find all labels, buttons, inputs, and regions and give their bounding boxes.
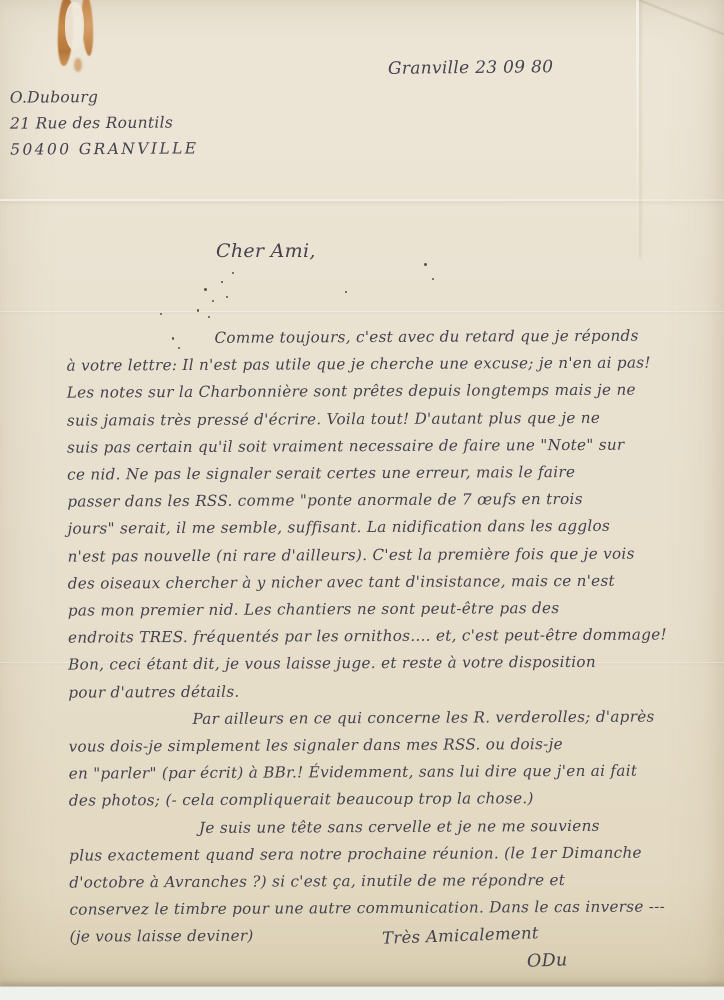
ink-spot: [212, 300, 214, 302]
body-line: pour d'autres détails.: [68, 676, 684, 706]
ink-spot: [226, 296, 228, 298]
body-line: des photos; (- cela compliquerait beauco…: [69, 785, 685, 815]
body-line: vous dois-je simplement les signaler dan…: [69, 730, 685, 760]
sender-address-block: O.Dubourg 21 Rue des Rountils 50400 GRAN…: [10, 83, 199, 162]
body-line: à votre lettre: Il n'est pas utile que j…: [67, 350, 683, 380]
body-line: pas mon premier nid. Les chantiers ne so…: [68, 594, 684, 624]
ink-spot: [204, 288, 207, 291]
ink-spot: [221, 281, 223, 283]
ink-spot: [424, 263, 427, 266]
rust-stain: [56, 0, 108, 74]
body-line: conservez le timbre pour une autre commu…: [69, 894, 685, 924]
signature: ODu: [527, 950, 568, 971]
salutation: Cher Ami,: [216, 240, 316, 262]
ink-spot: [160, 313, 162, 315]
ink-spot: [208, 316, 210, 318]
ink-spot: [345, 291, 347, 293]
sender-name: O.Dubourg: [10, 83, 198, 110]
scanner-edge: [0, 986, 724, 1000]
body-line: en "parler" (par écrit) à BBr.! Évidemme…: [69, 758, 685, 788]
fold-crease-horizontal-mid: [0, 311, 724, 312]
dateline: Granville 23 09 80: [388, 57, 553, 79]
ink-spot: [432, 278, 434, 280]
body-line: suis pas certain qu'il soit vraiment nec…: [67, 431, 683, 461]
letter-body: Comme toujours, c'est avec du retard que…: [66, 322, 685, 951]
scanned-letter-page: Granville 23 09 80 O.Dubourg 21 Rue des …: [0, 0, 724, 1000]
fold-crease-horizontal-top: [0, 199, 724, 201]
body-line: n'est pas nouvelle (ni rare d'ailleurs).…: [68, 540, 684, 570]
body-line: jours" serait, il me semble, suffisant. …: [67, 513, 683, 543]
body-line: plus exactement quand sera notre prochai…: [69, 839, 685, 869]
body-line: suis jamais très pressé d'écrire. Voila …: [67, 404, 683, 434]
body-line: Comme toujours, c'est avec du retard que…: [66, 322, 682, 352]
fold-crease-vertical: [636, 0, 639, 258]
sender-street: 21 Rue des Rountils: [10, 109, 198, 136]
body-line: passer dans les RSS. comme "ponte anorma…: [67, 486, 683, 516]
body-line: (je vous laisse deviner): [69, 921, 685, 951]
body-line: d'octobre à Avranches ?) si c'est ça, in…: [69, 866, 685, 896]
body-line: des oiseaux chercher à y nicher avec tan…: [68, 567, 684, 597]
sender-city: 50400 GRANVILLE: [10, 135, 198, 162]
rust-stain-drip: [74, 58, 82, 72]
ink-spot: [232, 272, 234, 274]
corner-crease-top-right: [611, 0, 724, 50]
rust-stain-center-gap: [65, 2, 84, 50]
body-line: Je suis une tête sans cervelle et je ne …: [69, 812, 685, 842]
body-line: endroits TRES. fréquentés par les ornith…: [68, 622, 684, 652]
body-line: Les notes sur la Charbonnière sont prête…: [67, 377, 683, 407]
body-line: ce nid. Ne pas le signaler serait certes…: [67, 458, 683, 488]
body-line: Bon, ceci étant dit, je vous laisse juge…: [68, 649, 684, 679]
ink-spot: [197, 309, 199, 312]
body-line: Par ailleurs en ce qui concerne les R. v…: [68, 703, 684, 733]
